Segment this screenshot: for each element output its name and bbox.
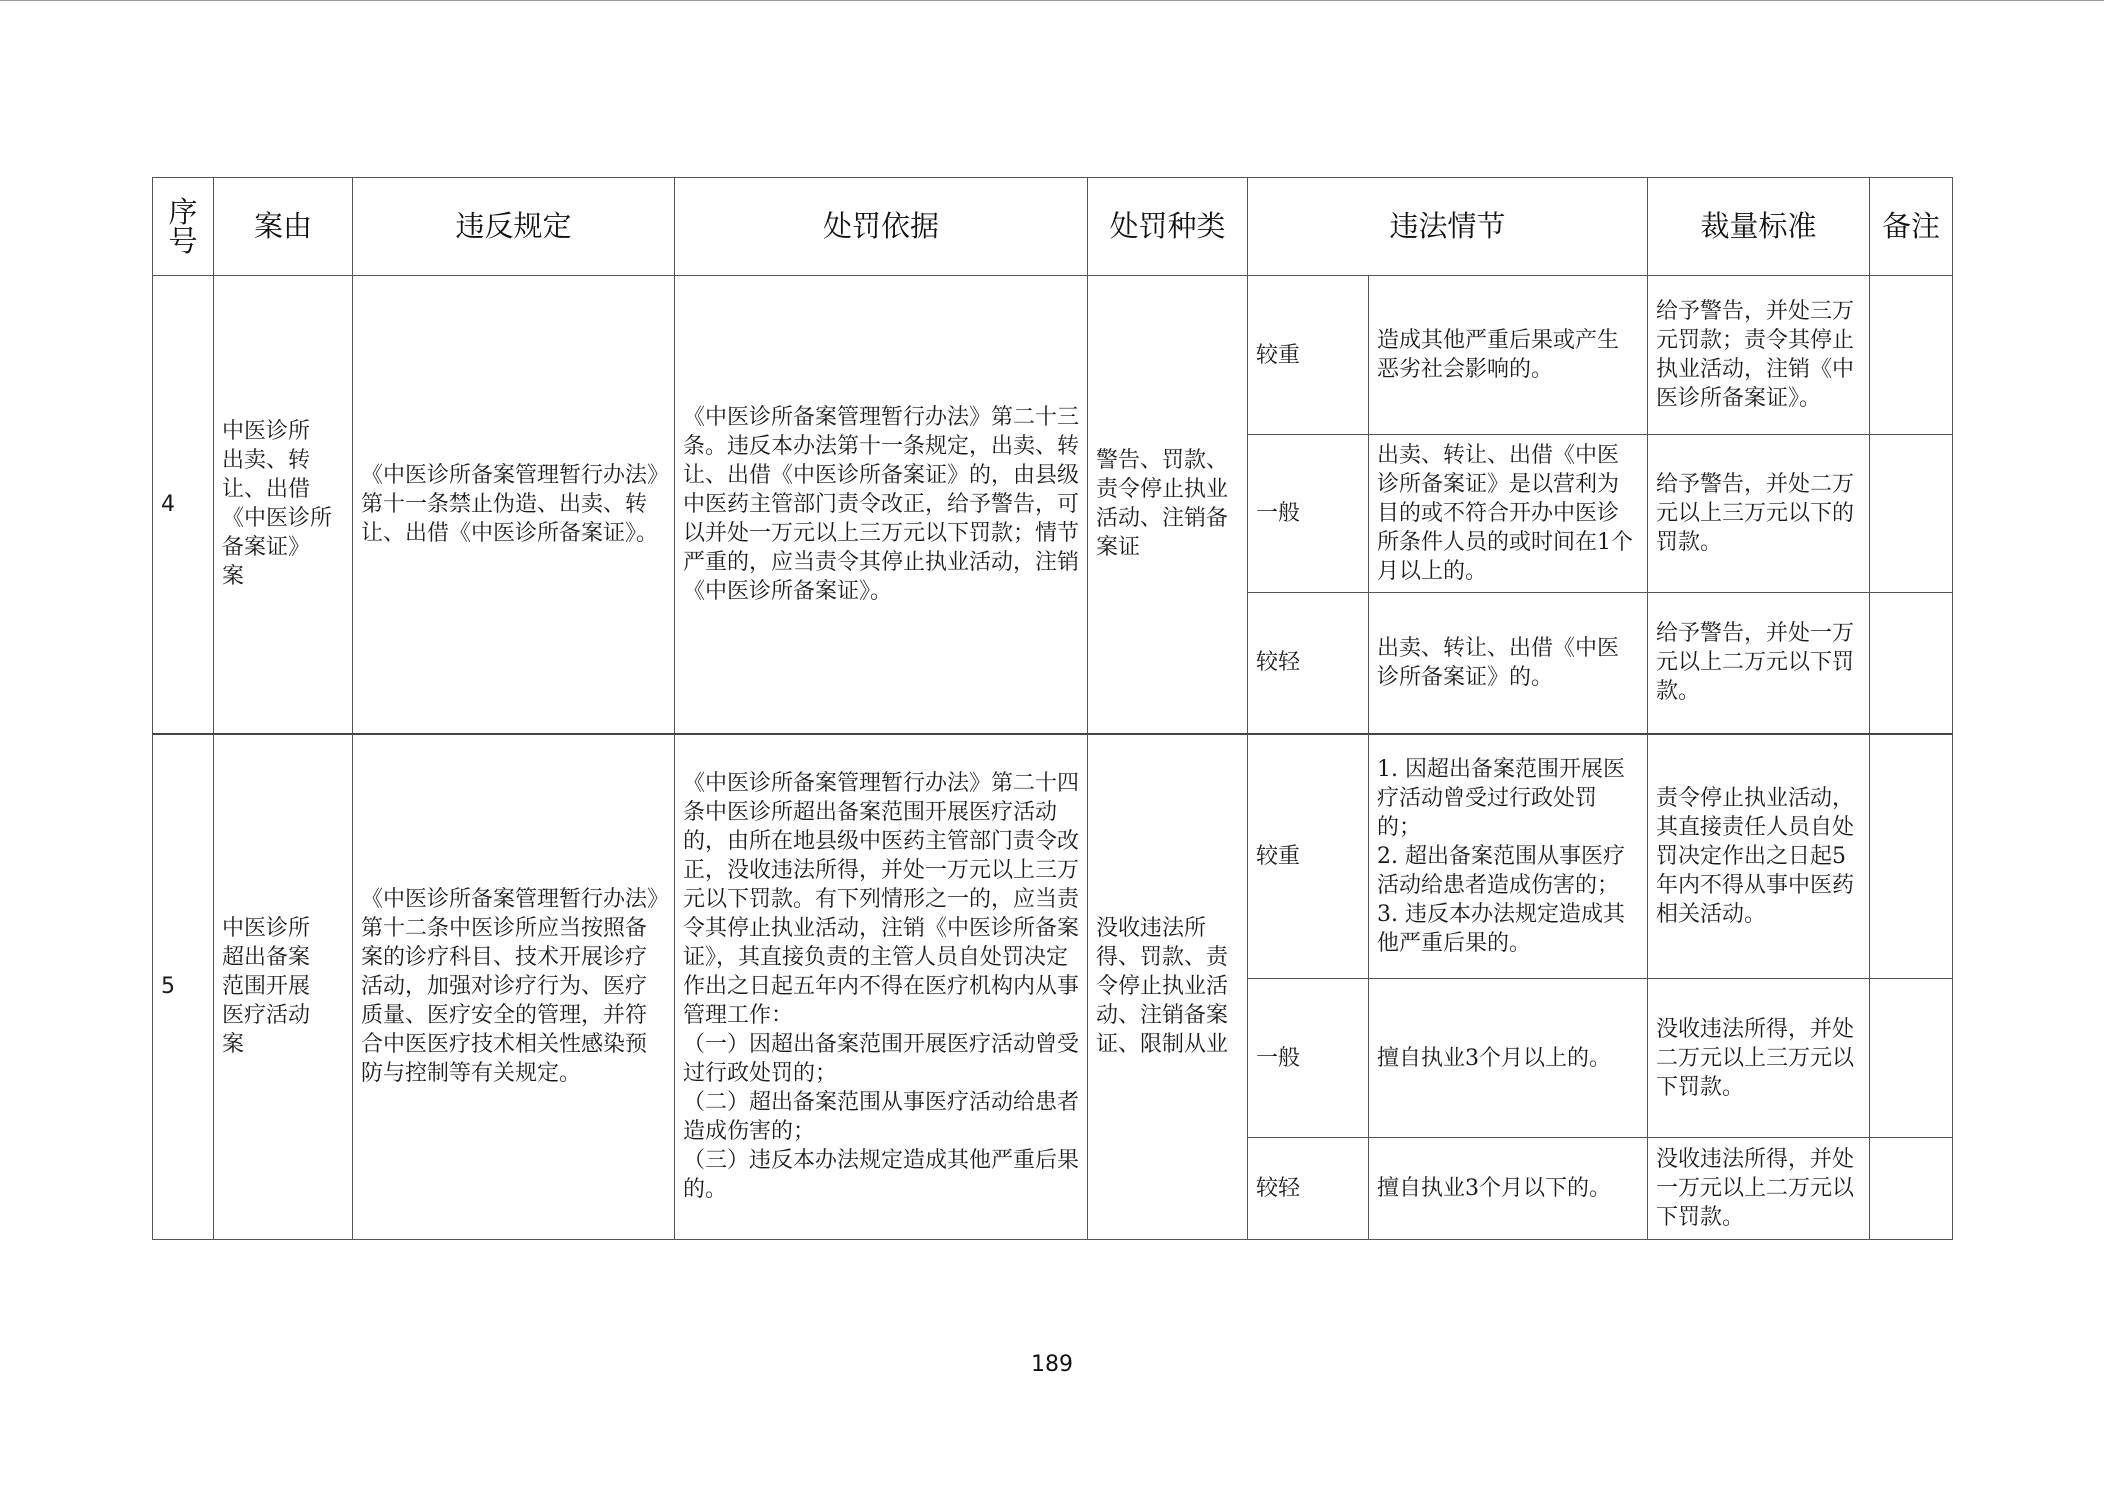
remark-cell (1870, 276, 1953, 435)
level-cell: 较重 (1248, 276, 1369, 435)
seq-cell: 4 (153, 276, 214, 734)
remark-cell (1870, 1138, 1953, 1240)
penalty-basis-cell: 《中医诊所备案管理暂行办法》第二十四条中医诊所超出备案范围开展医疗活动的，由所在… (675, 734, 1088, 1240)
circumstance-cell: 造成其他严重后果或产生恶劣社会影响的。 (1369, 276, 1648, 435)
circumstance-cell: 擅自执业3个月以上的。 (1369, 979, 1648, 1138)
penalty-type-cell: 警告、罚款、责令停止执业活动、注销备案证 (1088, 276, 1248, 734)
discretion-standard-table: 序 号 案由 违反规定 处罚依据 处罚种类 违法情节 裁量标准 备注 4 中医诊… (152, 177, 1953, 1240)
seq-cell: 5 (153, 734, 214, 1240)
page-top-border (0, 0, 2104, 1)
standard-cell: 没收违法所得，并处二万元以上三万元以下罚款。 (1648, 979, 1870, 1138)
header-seq: 序 号 (153, 178, 214, 276)
level-cell: 较轻 (1248, 593, 1369, 734)
circumstance-cell: 擅自执业3个月以下的。 (1369, 1138, 1648, 1240)
header-violated-rule: 违反规定 (353, 178, 675, 276)
header-penalty-type: 处罚种类 (1088, 178, 1248, 276)
case-cell: 中医诊所 出卖、转 让、出借 《中医诊所 备案证》 案 (214, 276, 353, 734)
level-cell: 一般 (1248, 979, 1369, 1138)
violated-rule-cell: 《中医诊所备案管理暂行办法》第十二条中医诊所应当按照备案的诊疗科目、技术开展诊疗… (353, 734, 675, 1240)
remark-cell (1870, 979, 1953, 1138)
header-remark: 备注 (1870, 178, 1953, 276)
level-cell: 一般 (1248, 435, 1369, 593)
circumstance-cell: 1. 因超出备案范围开展医疗活动曾受过行政处罚的； 2. 超出备案范围从事医疗活… (1369, 734, 1648, 979)
header-case: 案由 (214, 178, 353, 276)
case-cell: 中医诊所 超出备案 范围开展 医疗活动 案 (214, 734, 353, 1240)
standard-cell: 没收违法所得，并处一万元以上二万元以下罚款。 (1648, 1138, 1870, 1240)
standard-cell: 给予警告，并处三万元罚款；责令其停止执业活动，注销《中医诊所备案证》。 (1648, 276, 1870, 435)
remark-cell (1870, 593, 1953, 734)
remark-cell (1870, 435, 1953, 593)
table-header-row: 序 号 案由 违反规定 处罚依据 处罚种类 违法情节 裁量标准 备注 (153, 178, 1953, 276)
header-standard: 裁量标准 (1648, 178, 1870, 276)
page-number: 189 (0, 1352, 2104, 1377)
remark-cell (1870, 734, 1953, 979)
standard-cell: 责令停止执业活动，其直接责任人员自处罚决定作出之日起5年内不得从事中医药相关活动… (1648, 734, 1870, 979)
circumstance-cell: 出卖、转让、出借《中医诊所备案证》是以营利为目的或不符合开办中医诊所条件人员的或… (1369, 435, 1648, 593)
table-row: 4 中医诊所 出卖、转 让、出借 《中医诊所 备案证》 案 《中医诊所备案管理暂… (153, 276, 1953, 435)
standard-cell: 给予警告，并处一万元以上二万元以下罚款。 (1648, 593, 1870, 734)
header-penalty-basis: 处罚依据 (675, 178, 1088, 276)
header-circumstance: 违法情节 (1248, 178, 1648, 276)
level-cell: 较轻 (1248, 1138, 1369, 1240)
penalty-basis-cell: 《中医诊所备案管理暂行办法》第二十三条。违反本办法第十一条规定，出卖、转让、出借… (675, 276, 1088, 734)
violated-rule-cell: 《中医诊所备案管理暂行办法》第十一条禁止伪造、出卖、转让、出借《中医诊所备案证》… (353, 276, 675, 734)
standard-cell: 给予警告，并处二万元以上三万元以下的罚款。 (1648, 435, 1870, 593)
table-row: 5 中医诊所 超出备案 范围开展 医疗活动 案 《中医诊所备案管理暂行办法》第十… (153, 734, 1953, 979)
circumstance-cell: 出卖、转让、出借《中医诊所备案证》的。 (1369, 593, 1648, 734)
level-cell: 较重 (1248, 734, 1369, 979)
penalty-type-cell: 没收违法所得、罚款、责令停止执业活动、注销备案证、限制从业 (1088, 734, 1248, 1240)
